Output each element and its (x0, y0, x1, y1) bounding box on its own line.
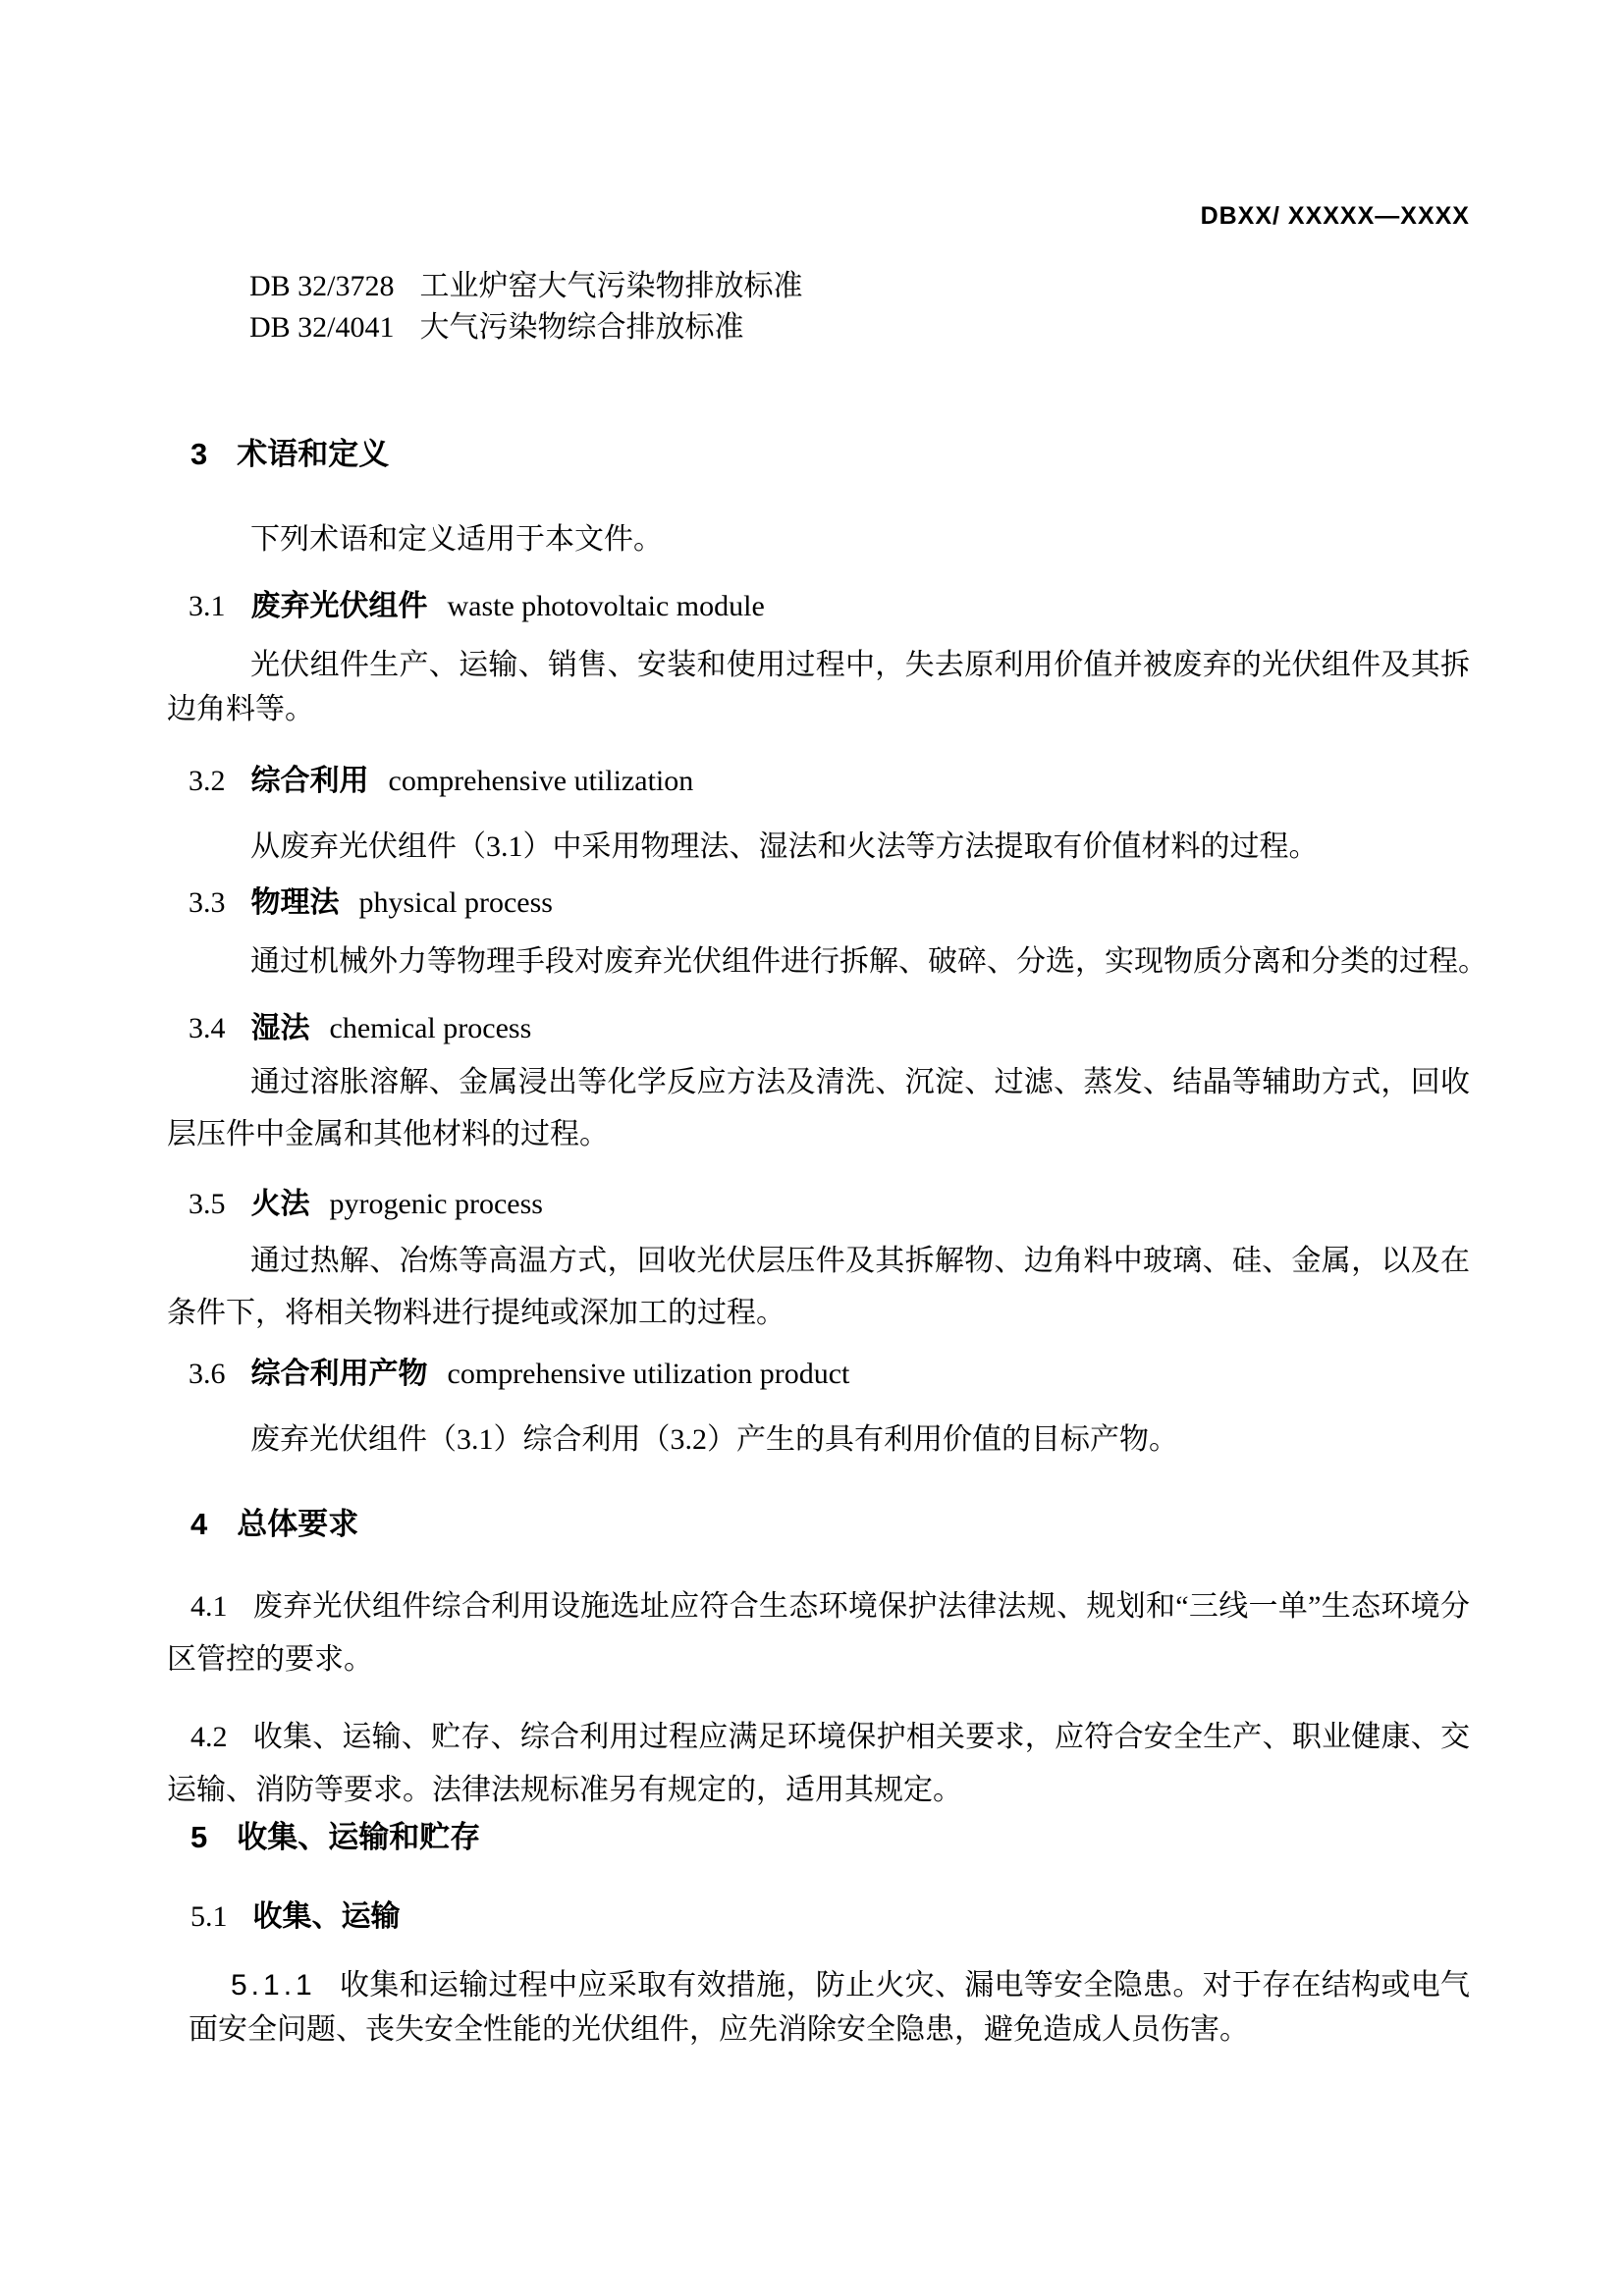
subsection-title: 收集、运输 (253, 1900, 401, 1933)
term-definition-line: 废弃光伏组件（3.1）综合利用（3.2）产生的具有利用价值的目标产物。 (250, 1420, 1178, 1460)
clause-text-line: 废弃光伏组件综合利用设施选址应符合生态环境保护法律法规、规划和“三线一单”生态环… (253, 1590, 1471, 1623)
reference-title: 工业炉窑大气污染物排放标准 (420, 270, 803, 302)
term-heading-3-5: 3.5火法pyrogenic process (189, 1185, 543, 1224)
term-definition-line: 从废弃光伏组件（3.1）中采用物理法、湿法和火法等方法提取有价值材料的过程。 (250, 828, 1319, 867)
clause-paragraph: 5.1.1收集和运输过程中应采取有效措施，防止火灾、漏电等安全隐患。对于存在结构… (231, 1966, 1470, 2007)
document-page: DBXX/ XXXXX—XXXX DB 32/3728工业炉窑大气污染物排放标准… (0, 0, 1624, 2296)
clause-number: 4.1 (190, 1590, 228, 1623)
term-definition-line: 层压件中金属和其他材料的过程。 (167, 1115, 609, 1154)
section-title: 术语和定义 (237, 437, 389, 471)
clause-paragraph: 4.1废弃光伏组件综合利用设施选址应符合生态环境保护法律法规、规划和“三线一单”… (190, 1587, 1470, 1629)
term-definition-line: 通过溶胀溶解、金属浸出等化学反应方法及清洗、沉淀、过滤、蒸发、结晶等辅助方式，回… (250, 1063, 1470, 1104)
doc-code-header: DBXX/ XXXXX—XXXX (1201, 196, 1470, 236)
term-en: comprehensive utilization (389, 765, 694, 797)
term-definition-line: 条件下，将相关物料进行提纯或深加工的过程。 (167, 1294, 785, 1333)
section-number: 4 (190, 1507, 207, 1541)
section-number: 5 (190, 1820, 207, 1854)
subsection-number: 5.1 (190, 1900, 228, 1933)
clause-text-line: 收集、运输、贮存、综合利用过程应满足环境保护相关要求，应符合安全生产、职业健康、… (190, 1721, 1470, 1759)
term-zh: 火法 (251, 1188, 310, 1220)
term-definition-line: 光伏组件生产、运输、销售、安装和使用过程中，失去原利用价值并被废弃的光伏组件及其… (250, 646, 1470, 687)
reference-code: DB 32/3728 (249, 270, 395, 302)
reference-code: DB 32/4041 (249, 311, 395, 344)
term-number: 3.6 (189, 1358, 226, 1390)
term-en: comprehensive utilization product (448, 1358, 850, 1390)
section-number: 3 (190, 437, 207, 471)
section-heading-3: 3术语和定义 (190, 435, 389, 474)
reference-item: DB 32/4041大气污染物综合排放标准 (249, 308, 744, 347)
clause-number: 5.1.1 (231, 1969, 316, 2002)
section-heading-4: 4总体要求 (190, 1505, 358, 1544)
term-definition-line: 边角料等。 (167, 690, 314, 729)
term-definition-line: 通过机械外力等物理手段对废弃光伏组件进行拆解、破碎、分选，实现物质分离和分类的过… (250, 942, 1488, 982)
clause-text-line: 收集和运输过程中应采取有效措施，防止火灾、漏电等安全隐患。对于存在结构或电气等方 (231, 1969, 1470, 2007)
term-en: chemical process (330, 1012, 532, 1044)
clause-paragraph: 4.2收集、运输、贮存、综合利用过程应满足环境保护相关要求，应符合安全生产、职业… (190, 1718, 1470, 1759)
clause-text-line: 面安全问题、丧失安全性能的光伏组件，应先消除安全隐患，避免造成人员伤害。 (189, 2010, 1249, 2050)
term-zh: 废弃光伏组件 (251, 590, 428, 622)
term-heading-3-3: 3.3物理法physical process (189, 883, 553, 923)
term-zh: 综合利用产物 (251, 1358, 428, 1390)
term-number: 3.3 (189, 886, 226, 919)
term-en: pyrogenic process (330, 1188, 543, 1220)
term-definition-line: 通过热解、冶炼等高温方式，回收光伏层压件及其拆解物、边角料中玻璃、硅、金属，以及… (250, 1242, 1470, 1283)
term-zh: 综合利用 (251, 765, 369, 797)
term-heading-3-4: 3.4湿法chemical process (189, 1009, 531, 1048)
term-zh: 湿法 (251, 1012, 310, 1044)
term-number: 3.2 (189, 765, 226, 797)
clause-text-line: 运输、消防等要求。法律法规标准另有规定的，适用其规定。 (167, 1771, 962, 1810)
term-heading-3-1: 3.1废弃光伏组件waste photovoltaic module (189, 587, 765, 626)
section-title: 总体要求 (237, 1507, 358, 1541)
reference-title: 大气污染物综合排放标准 (420, 311, 744, 344)
term-zh: 物理法 (251, 886, 340, 919)
clause-number: 4.2 (190, 1721, 228, 1753)
term-heading-3-2: 3.2综合利用comprehensive utilization (189, 762, 693, 801)
term-heading-3-6: 3.6综合利用产物comprehensive utilization produ… (189, 1355, 849, 1394)
term-number: 3.4 (189, 1012, 226, 1044)
clause-text-line: 区管控的要求。 (167, 1640, 373, 1680)
term-number: 3.5 (189, 1188, 226, 1220)
term-number: 3.1 (189, 590, 226, 622)
subsection-heading-5-1: 5.1收集、运输 (190, 1897, 401, 1937)
section-title: 收集、运输和贮存 (237, 1820, 480, 1854)
term-en: physical process (359, 886, 553, 919)
terms-intro: 下列术语和定义适用于本文件。 (250, 520, 663, 560)
reference-item: DB 32/3728工业炉窑大气污染物排放标准 (249, 267, 803, 306)
section-heading-5: 5收集、运输和贮存 (190, 1818, 480, 1857)
term-en: waste photovoltaic module (448, 590, 765, 622)
